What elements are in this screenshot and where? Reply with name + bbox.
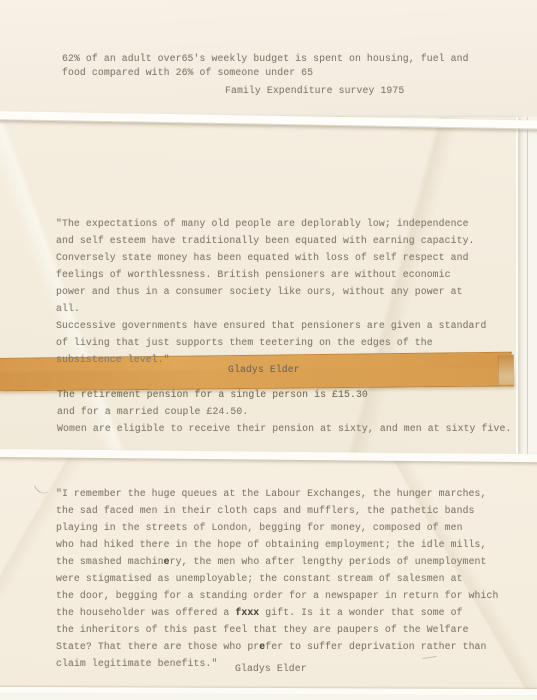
typewritten-line: "I remember the huge queues at the Labou… (56, 485, 498, 502)
pension-facts-block: The retirement pension for a single pers… (57, 386, 511, 437)
typewritten-line: were stigmatised as unemployable; the co… (56, 570, 498, 587)
pensioner-expectations-quote: "The expectations of many old people are… (56, 215, 487, 368)
typewritten-line: all. (56, 300, 487, 317)
typewritten-line: and self esteem have traditionally been … (56, 232, 487, 249)
typewritten-line: and for a married couple £24.50. (57, 403, 511, 420)
typewritten-line: 62% of an adult over65's weekly budget i… (62, 52, 469, 66)
typewritten-line: Conversely state money has been equated … (56, 249, 487, 266)
budget-statistic-note: 62% of an adult over65's weekly budget i… (62, 52, 469, 79)
typewritten-line: "The expectations of many old people are… (56, 215, 487, 232)
typewritten-line: the door, begging for a standing order f… (56, 587, 498, 604)
typewritten-line: the householder was offered a fxxx gift.… (56, 604, 498, 621)
typewritten-line: power and thus in a consumer society lik… (56, 283, 487, 300)
attribution-family-expenditure-survey: Family Expenditure survey 1975 (225, 84, 404, 98)
masking-tape-end-fold (498, 355, 514, 385)
overtyped-text: fxxx (235, 607, 259, 618)
typewritten-line: the sad faced men in their cloth caps an… (56, 502, 498, 519)
typewritten-line: food compared with 26% of someone under … (62, 66, 469, 80)
typewritten-line: of living that just supports them teeter… (56, 334, 487, 351)
typewritten-line: playing in the streets of London, beggin… (56, 519, 498, 536)
document-scan: 62% of an adult over65's weekly budget i… (0, 0, 537, 700)
typewritten-line: State? That there are those who prefer t… (56, 638, 498, 655)
typewritten-line: feelings of worthlessness. British pensi… (56, 266, 487, 283)
typewritten-line: The retirement pension for a single pers… (57, 386, 511, 403)
attribution-gladys-elder-bottom: Gladys Elder (235, 660, 307, 677)
typewritten-line: the smashed machinery, the men who after… (56, 553, 498, 570)
paper-edge-bottom (0, 687, 537, 695)
labour-exchange-memory-quote: "I remember the huge queues at the Labou… (56, 485, 498, 672)
typewritten-line: Women are eligible to receive their pens… (57, 420, 511, 437)
typewritten-line: the inheritors of this past feel that th… (56, 621, 498, 638)
typewritten-line: who had hiked there in the hope of obtai… (56, 536, 498, 553)
background-fold-line (527, 117, 528, 456)
typewritten-line: Successive governments have ensured that… (56, 317, 487, 334)
attribution-gladys-elder-middle: Gladys Elder (228, 361, 300, 378)
